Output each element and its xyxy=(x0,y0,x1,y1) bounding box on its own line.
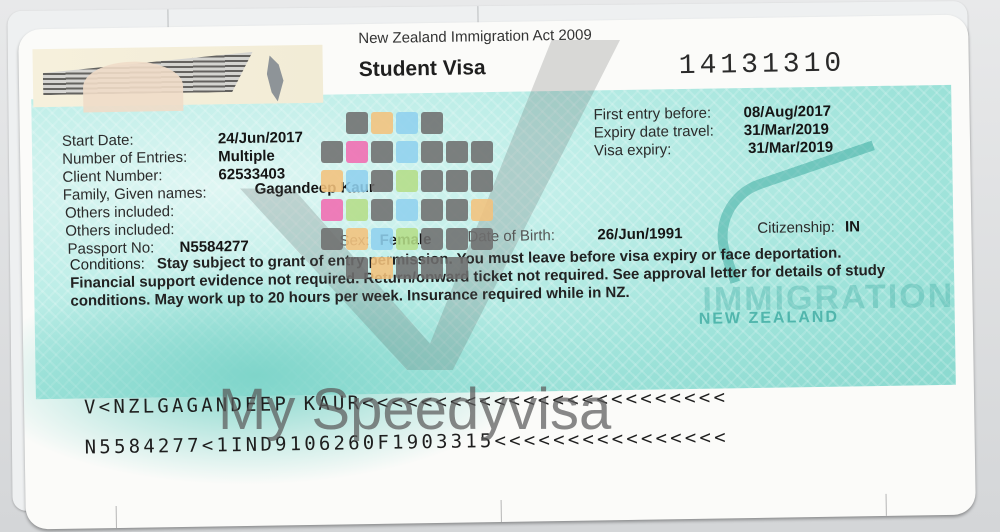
logo-tile xyxy=(446,228,468,250)
logo-tile xyxy=(321,228,343,250)
page-fold-line xyxy=(501,500,502,522)
beehive-dome-graphic xyxy=(83,61,184,113)
field-label: Family, Given names: xyxy=(63,185,207,204)
number-of-entries-field: Number of Entries: Multiple xyxy=(62,149,187,168)
field-label: Citizenship: xyxy=(757,219,835,237)
logo-tile xyxy=(396,170,418,192)
logo-tile xyxy=(471,141,493,163)
nz-map-icon xyxy=(261,55,292,101)
logo-tile xyxy=(371,257,393,279)
header-artwork xyxy=(32,45,323,108)
conditions-label: Conditions: xyxy=(70,256,145,274)
logo-tile xyxy=(346,141,368,163)
start-date-field: Start Date: 24/Jun/2017 xyxy=(62,132,134,150)
field-label: First entry before: xyxy=(593,105,711,124)
others-included-field: Others included: xyxy=(65,203,174,222)
logo-tile xyxy=(371,170,393,192)
logo-tile xyxy=(471,199,493,221)
brand-watermark-text: My Speedyvisa xyxy=(218,376,611,443)
logo-tile xyxy=(321,141,343,163)
logo-tile xyxy=(396,112,418,134)
logo-tile xyxy=(421,170,443,192)
field-label: Visa expiry: xyxy=(594,141,672,159)
logo-tile xyxy=(421,199,443,221)
field-label: Others included: xyxy=(65,203,174,222)
page-fold-line xyxy=(116,506,117,528)
logo-tile xyxy=(471,228,493,250)
field-value: 31/Mar/2019 xyxy=(744,121,829,139)
logo-tile xyxy=(421,141,443,163)
field-label: Start Date: xyxy=(62,132,134,150)
field-value: 24/Jun/2017 xyxy=(218,129,303,147)
logo-tile xyxy=(396,257,418,279)
field-value: IN xyxy=(845,218,860,235)
logo-tile xyxy=(421,228,443,250)
field-value: Multiple xyxy=(218,147,275,165)
expiry-date-travel-field: Expiry date travel: 31/Mar/2019 xyxy=(594,123,714,142)
first-entry-before-field: First entry before: 08/Aug/2017 xyxy=(593,105,711,124)
citizenship-field: Citizenship: IN xyxy=(757,218,860,237)
logo-tile xyxy=(371,112,393,134)
field-label: Others included: xyxy=(65,221,174,240)
logo-tile xyxy=(346,257,368,279)
logo-tile xyxy=(446,199,468,221)
visa-expiry-field: Visa expiry: 31/Mar/2019 xyxy=(594,141,672,159)
field-value: 08/Aug/2017 xyxy=(743,103,831,121)
new-zealand-background-text: NEW ZEALAND xyxy=(699,309,839,329)
logo-tile xyxy=(421,112,443,134)
visa-number: 14131310 xyxy=(679,49,846,83)
field-value: 31/Mar/2019 xyxy=(748,139,833,157)
logo-tile xyxy=(371,228,393,250)
field-label: Number of Entries: xyxy=(62,149,187,168)
logo-tile xyxy=(446,170,468,192)
logo-tile xyxy=(346,199,368,221)
logo-tile xyxy=(346,228,368,250)
logo-tile xyxy=(446,257,468,279)
visa-type: Student Visa xyxy=(359,56,486,82)
logo-tile xyxy=(396,141,418,163)
page-fold-line xyxy=(886,494,887,516)
logo-tile xyxy=(346,170,368,192)
logo-tile xyxy=(396,199,418,221)
field-label: Expiry date travel: xyxy=(594,123,714,142)
logo-tile xyxy=(421,257,443,279)
logo-tile xyxy=(396,228,418,250)
brand-globe-logo-icon xyxy=(315,100,495,300)
logo-tile xyxy=(446,141,468,163)
field-value: 26/Jun/1991 xyxy=(597,225,682,243)
logo-tile xyxy=(371,141,393,163)
logo-tile xyxy=(371,199,393,221)
others-included-field: Others included: xyxy=(65,221,174,240)
logo-tile xyxy=(321,170,343,192)
logo-tile xyxy=(471,170,493,192)
names-field: Family, Given names: Gagandeep Kaur xyxy=(63,185,207,204)
field-label: Client Number: xyxy=(62,167,162,186)
logo-tile xyxy=(321,199,343,221)
logo-tile xyxy=(346,112,368,134)
client-number-field: Client Number: 62533403 xyxy=(62,167,162,186)
